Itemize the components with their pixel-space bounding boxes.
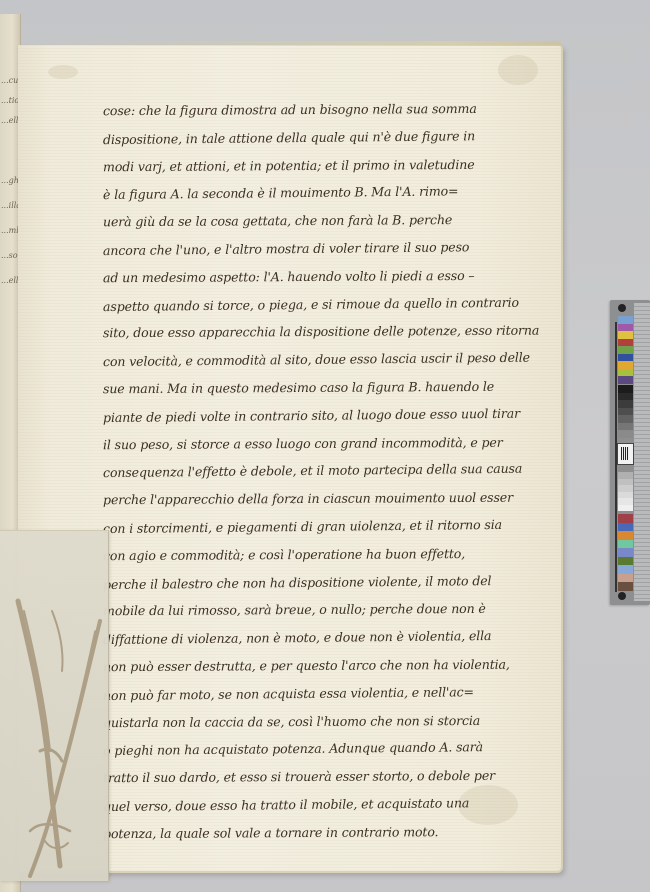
manuscript-line: uerà giù da se la cosa gettata, che non … [103,206,503,236]
left-folio-fragment: ...ella [1,274,19,288]
color-swatch [618,582,633,591]
color-swatch [618,339,633,347]
calibration-hole [618,592,626,600]
color-swatch [618,331,633,339]
manuscript-line: ad un medesimo aspetto: l'A. hauendo vol… [103,262,503,292]
barcode-icon [617,443,634,465]
manuscript-line: non può far moto, se non acquista essa v… [103,678,503,710]
manuscript-line: consequenza l'effetto è debole, et il mo… [103,455,503,487]
color-swatch [618,523,633,532]
color-swatch [618,354,633,362]
manuscript-line: sue mani. Ma in questo medesimo caso la … [103,373,503,403]
color-swatch [618,557,633,566]
color-swatch [618,540,633,549]
manuscript-line: quistarla non la caccia da se, così l'hu… [103,706,503,736]
color-swatch [618,505,633,512]
color-swatch [618,423,633,431]
left-folio-fragment: ...ella ba [1,114,19,128]
manuscript-line: quel verso, doue esso ha tratto il mobil… [103,789,503,821]
color-swatch [618,400,633,408]
calibration-hole [618,304,626,312]
page-top-edge [18,41,561,46]
color-calibration-target [610,300,650,605]
manuscript-line: modi varj, et attioni, et in potentia; e… [103,150,503,180]
manuscript-line: sito, doue esso apparecchia la dispositi… [103,317,503,347]
color-swatch [618,385,633,393]
manuscript-line: dispositione, in tale attione della qual… [103,122,503,154]
overlay-sketch-sheet [0,530,109,881]
color-swatch [618,415,633,423]
left-folio-fragment: ...mly [1,224,19,238]
manuscript-line: piante de piedi volte in contrario sito,… [103,400,503,432]
color-swatch [618,346,633,354]
manuscript-line: diffattione di violenza, non è moto, e d… [103,622,503,654]
color-swatch [618,393,633,401]
left-folio-fragment: ...cut da [1,74,19,88]
paper-stain [48,65,78,79]
manuscript-line: ancora che l'uno, e l'altro mostra di vo… [103,233,503,265]
manuscript-line: tratto il suo dardo, et esso si trouerà … [103,762,503,792]
manuscript-line: o pieghi non ha acquistato potenza. Adun… [103,733,503,765]
manuscript-line: è la figura A. la seconda è il mouimento… [103,177,503,209]
manuscript-line: il suo peso, si storce a esso luogo con … [103,428,503,458]
manuscript-line: perche il balestro che non ha dispositio… [103,566,503,598]
manuscript-line: con i storcimenti, e piegamenti di gran … [103,511,503,543]
color-swatch [618,531,633,540]
manuscript-line: con agio e commodità; e così l'operation… [103,540,503,570]
manuscript-line: non può esser destrutta, e per questo l'… [103,651,503,681]
left-folio-fragment: ...tione [1,94,19,108]
color-swatch [618,369,633,377]
manuscript-line: potenza, la quale sol vale a tornare in … [103,817,503,847]
branch-sketch-icon [0,531,108,881]
manuscript-line: perche l'apparecchio della forza in cias… [103,484,503,514]
paper-stain [498,55,538,85]
manuscript-text: cose: che la figura dimostra ad un bisog… [103,96,503,847]
color-swatch [618,316,633,324]
color-swatch [618,565,633,574]
color-swatch [618,574,633,583]
left-folio-fragment: ...ght [1,174,19,188]
manuscript-line: mobile da lui rimosso, sarà breue, o nul… [103,595,503,625]
color-swatch [618,361,633,369]
color-swatch [618,376,633,384]
color-swatch [618,324,633,332]
manuscript-line: aspetto quando si torce, o piega, e si r… [103,288,503,320]
manuscript-line: con velocità, e commodità al sito, doue … [103,344,503,376]
color-swatch [618,548,633,557]
color-swatch [618,408,633,416]
manuscript-line: cose: che la figura dimostra ad un bisog… [103,95,503,125]
color-swatch [618,430,633,438]
left-folio-fragment: ...illa [1,199,19,213]
calibration-labels [634,303,650,601]
color-swatch [618,514,633,523]
left-folio-fragment: ...so [1,249,19,263]
